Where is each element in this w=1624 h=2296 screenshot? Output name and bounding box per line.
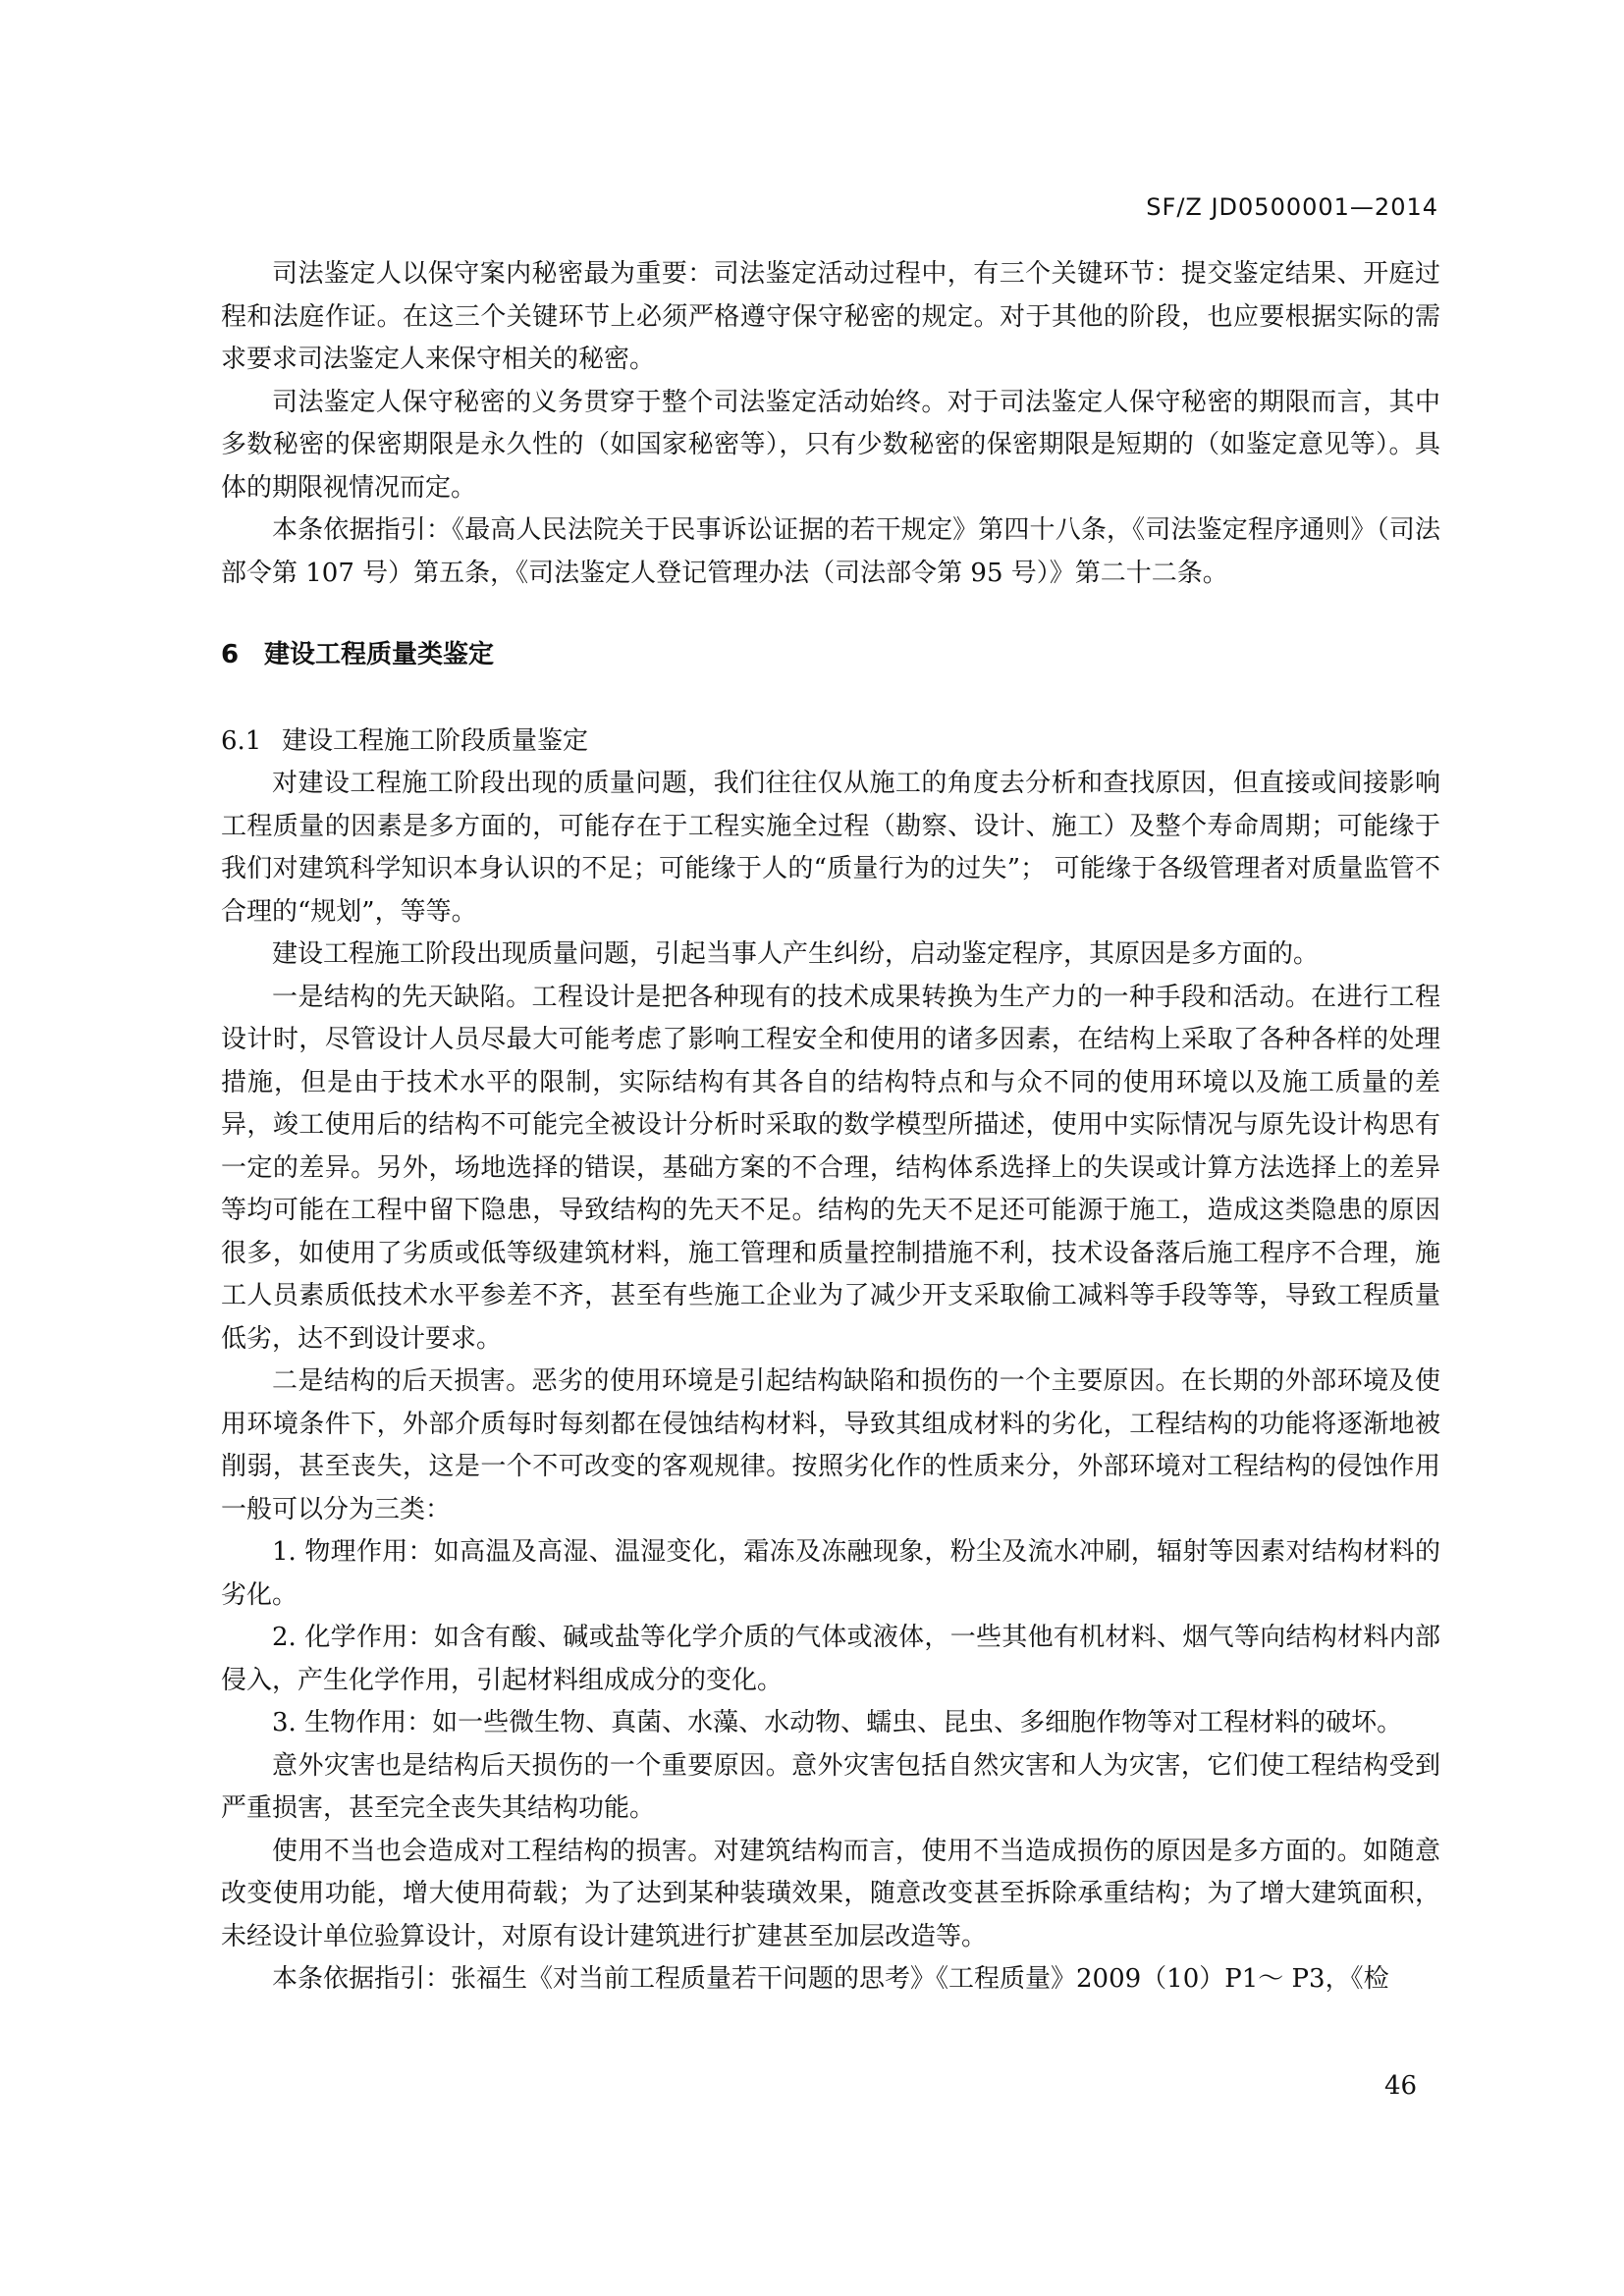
- section-title: 建设工程质量类鉴定: [264, 640, 494, 669]
- paragraph: 对建设工程施工阶段出现的质量问题，我们往往仅从施工的角度去分析和查找原因，但直接…: [221, 763, 1440, 934]
- paragraph: 意外灾害也是结构后天损伤的一个重要原因。意外灾害包括自然灾害和人为灾害，它们使工…: [221, 1745, 1440, 1831]
- section-number: 6: [221, 634, 264, 677]
- section-heading: 6建设工程质量类鉴定: [221, 634, 1440, 677]
- paragraph: 建设工程施工阶段出现质量问题，引起当事人产生纠纷，启动鉴定程序，其原因是多方面的…: [221, 934, 1440, 977]
- standard-code-header: SF/Z JD0500001—2014: [1146, 193, 1438, 221]
- subsection-number: 6.1: [221, 721, 282, 764]
- list-item: 3. 生物作用：如一些微生物、真菌、水藻、水动物、蠕虫、昆虫、多细胞作物等对工程…: [221, 1702, 1440, 1745]
- paragraph: 司法鉴定人以保守案内秘密最为重要：司法鉴定活动过程中，有三个关键环节：提交鉴定结…: [221, 253, 1440, 382]
- subsection-heading: 6.1建设工程施工阶段质量鉴定: [221, 721, 1440, 764]
- list-item: 2. 化学作用：如含有酸、碱或盐等化学介质的气体或液体，一些其他有机材料、烟气等…: [221, 1617, 1440, 1702]
- paragraph: 司法鉴定人保守秘密的义务贯穿于整个司法鉴定活动始终。对于司法鉴定人保守秘密的期限…: [221, 382, 1440, 510]
- paragraph: 本条依据指引：《最高人民法院关于民事诉讼证据的若干规定》第四十八条，《司法鉴定程…: [221, 509, 1440, 595]
- paragraph: 使用不当也会造成对工程结构的损害。对建筑结构而言，使用不当造成损伤的原因是多方面…: [221, 1831, 1440, 1959]
- paragraph: 本条依据指引：张福生《对当前工程质量若干问题的思考》《工程质量》2009（10）…: [221, 1958, 1440, 2002]
- subsection-title: 建设工程施工阶段质量鉴定: [282, 726, 588, 756]
- list-item: 1. 物理作用：如高温及高湿、温湿变化，霜冻及冻融现象，粉尘及流水冲刷，辐射等因…: [221, 1531, 1440, 1617]
- page-body: 司法鉴定人以保守案内秘密最为重要：司法鉴定活动过程中，有三个关键环节：提交鉴定结…: [221, 253, 1440, 2002]
- paragraph: 二是结构的后天损害。恶劣的使用环境是引起结构缺陷和损伤的一个主要原因。在长期的外…: [221, 1361, 1440, 1531]
- paragraph: 一是结构的先天缺陷。工程设计是把各种现有的技术成果转换为生产力的一种手段和活动。…: [221, 977, 1440, 1362]
- page-number: 46: [1384, 2071, 1417, 2101]
